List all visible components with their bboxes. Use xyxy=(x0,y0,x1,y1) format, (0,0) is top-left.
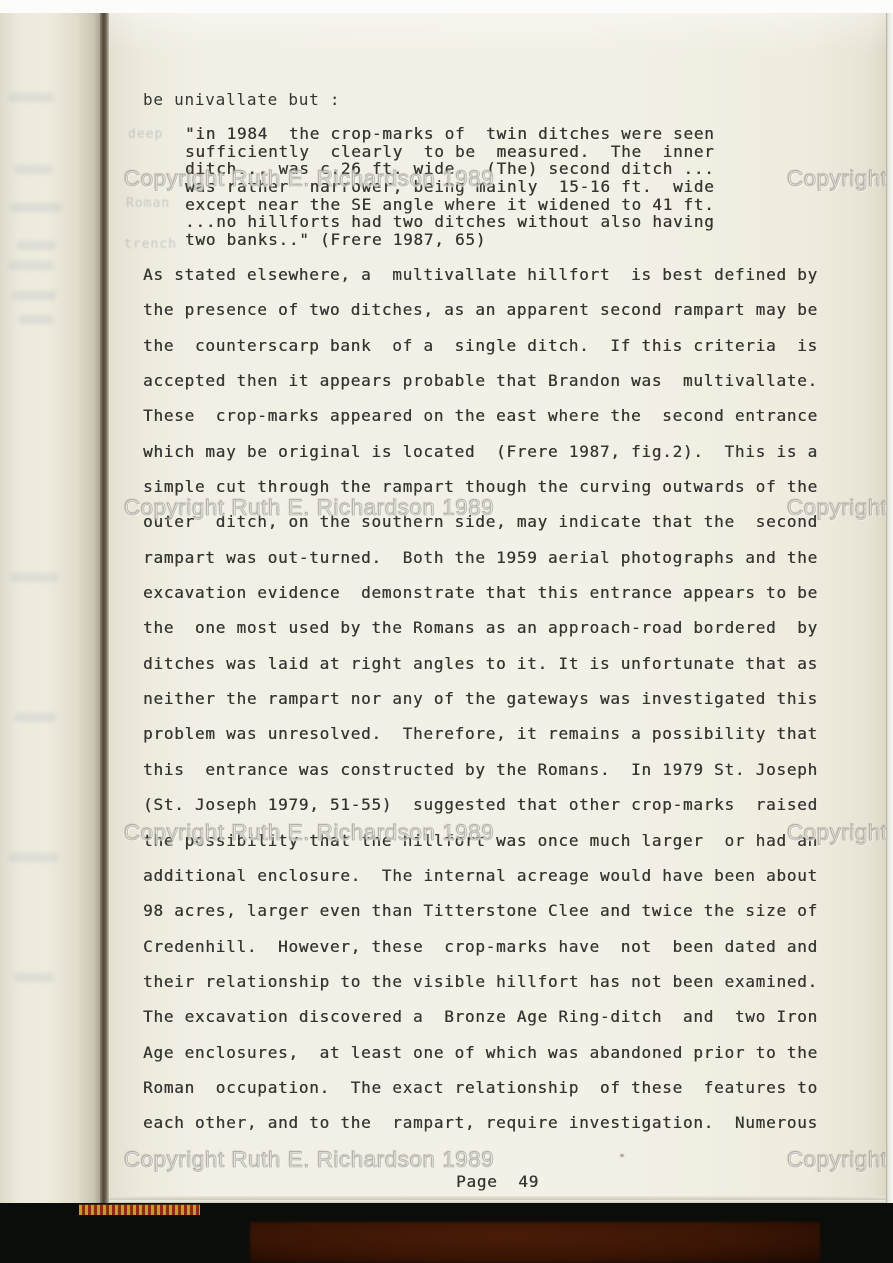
body-line: As stated elsewhere, a multivallate hill… xyxy=(143,257,818,292)
watermark-text: Copyright Ruth E. Richardson 1989 xyxy=(124,1147,494,1173)
showthrough-smudge xyxy=(10,573,58,582)
quote-line: ...no hillforts had two ditches without … xyxy=(185,213,715,231)
ghost-showthrough-word: deep xyxy=(128,127,163,142)
body-line: Credenhill. However, these crop-marks ha… xyxy=(143,929,818,964)
body-line: Roman occupation. The exact relationship… xyxy=(143,1070,818,1105)
ghost-showthrough-word: Roman xyxy=(126,196,170,211)
body-line: the counterscarp bank of a single ditch.… xyxy=(143,328,818,363)
body-line: ditches was laid at right angles to it. … xyxy=(143,646,818,681)
quote-line: "in 1984 the crop-marks of twin ditches … xyxy=(185,125,715,143)
page-edge-stack-right xyxy=(886,13,893,1205)
scanned-page: deep Roman trench be univallate but : "i… xyxy=(109,13,886,1205)
body-line: These crop-marks appeared on the east wh… xyxy=(143,398,818,433)
body-line: The excavation discovered a Bronze Age R… xyxy=(143,999,818,1034)
body-line: accepted then it appears probable that B… xyxy=(143,363,818,398)
body-line: additional enclosure. The internal acrea… xyxy=(143,858,818,893)
desk-surface xyxy=(250,1222,820,1263)
body-line: problem was unresolved. Therefore, it re… xyxy=(143,716,818,751)
body-line: 98 acres, larger even than Titterstone C… xyxy=(143,893,818,928)
ghost-showthrough-word: trench xyxy=(124,237,177,252)
quote-line: sufficiently clearly to be measured. The… xyxy=(185,143,715,161)
body-line: the presence of two ditches, as an appar… xyxy=(143,292,818,327)
page-number: Page 49 xyxy=(456,1172,539,1191)
body-paragraph: As stated elsewhere, a multivallate hill… xyxy=(143,257,818,1141)
intro-line: be univallate but : xyxy=(143,90,340,109)
body-line: simple cut through the rampart though th… xyxy=(143,469,818,504)
watermark-text-partial: Copyright xyxy=(787,166,886,192)
body-line: (St. Joseph 1979, 51-55) suggested that … xyxy=(143,787,818,822)
watermark-text-partial: Copyright xyxy=(787,1147,886,1173)
body-line: rampart was out-turned. Both the 1959 ae… xyxy=(143,540,818,575)
ink-speck xyxy=(620,1154,624,1157)
showthrough-smudge xyxy=(8,93,54,102)
body-line: the possibility that the hillfort was on… xyxy=(143,823,818,858)
showthrough-smudge xyxy=(16,241,56,250)
showthrough-smudge xyxy=(14,973,54,982)
showthrough-smudge xyxy=(14,713,56,722)
showthrough-smudge xyxy=(8,261,54,270)
body-line: outer ditch, on the southern side, may i… xyxy=(143,504,818,539)
body-line: which may be original is located (Frere … xyxy=(143,434,818,469)
body-line: neither the rampart nor any of the gatew… xyxy=(143,681,818,716)
body-line: each other, and to the rampart, require … xyxy=(143,1105,818,1140)
showthrough-smudge xyxy=(14,165,52,174)
showthrough-smudge xyxy=(10,203,62,212)
showthrough-smudge xyxy=(12,291,56,300)
body-line: Age enclosures, at least one of which wa… xyxy=(143,1035,818,1070)
facing-page-edge xyxy=(0,13,101,1206)
body-line: excavation evidence demonstrate that thi… xyxy=(143,575,818,610)
showthrough-smudge xyxy=(8,853,58,862)
body-line: this entrance was constructed by the Rom… xyxy=(143,752,818,787)
book-headband-stripes xyxy=(79,1204,200,1215)
quote-line: ditch... was c.26 ft. wide. (The) second… xyxy=(185,160,715,178)
body-line: the one most used by the Romans as an ap… xyxy=(143,610,818,645)
showthrough-smudge xyxy=(18,315,54,324)
quote-line: except near the SE angle where it widene… xyxy=(185,196,715,214)
scan-top-edge xyxy=(0,0,893,14)
quote-line: was rather narrower, being mainly 15-16 … xyxy=(185,178,715,196)
body-line: their relationship to the visible hillfo… xyxy=(143,964,818,999)
scanned-book-photo: deep Roman trench be univallate but : "i… xyxy=(0,0,893,1263)
quote-line: two banks.." (Frere 1987, 65) xyxy=(185,231,715,249)
block-quote: "in 1984 the crop-marks of twin ditches … xyxy=(185,125,715,249)
